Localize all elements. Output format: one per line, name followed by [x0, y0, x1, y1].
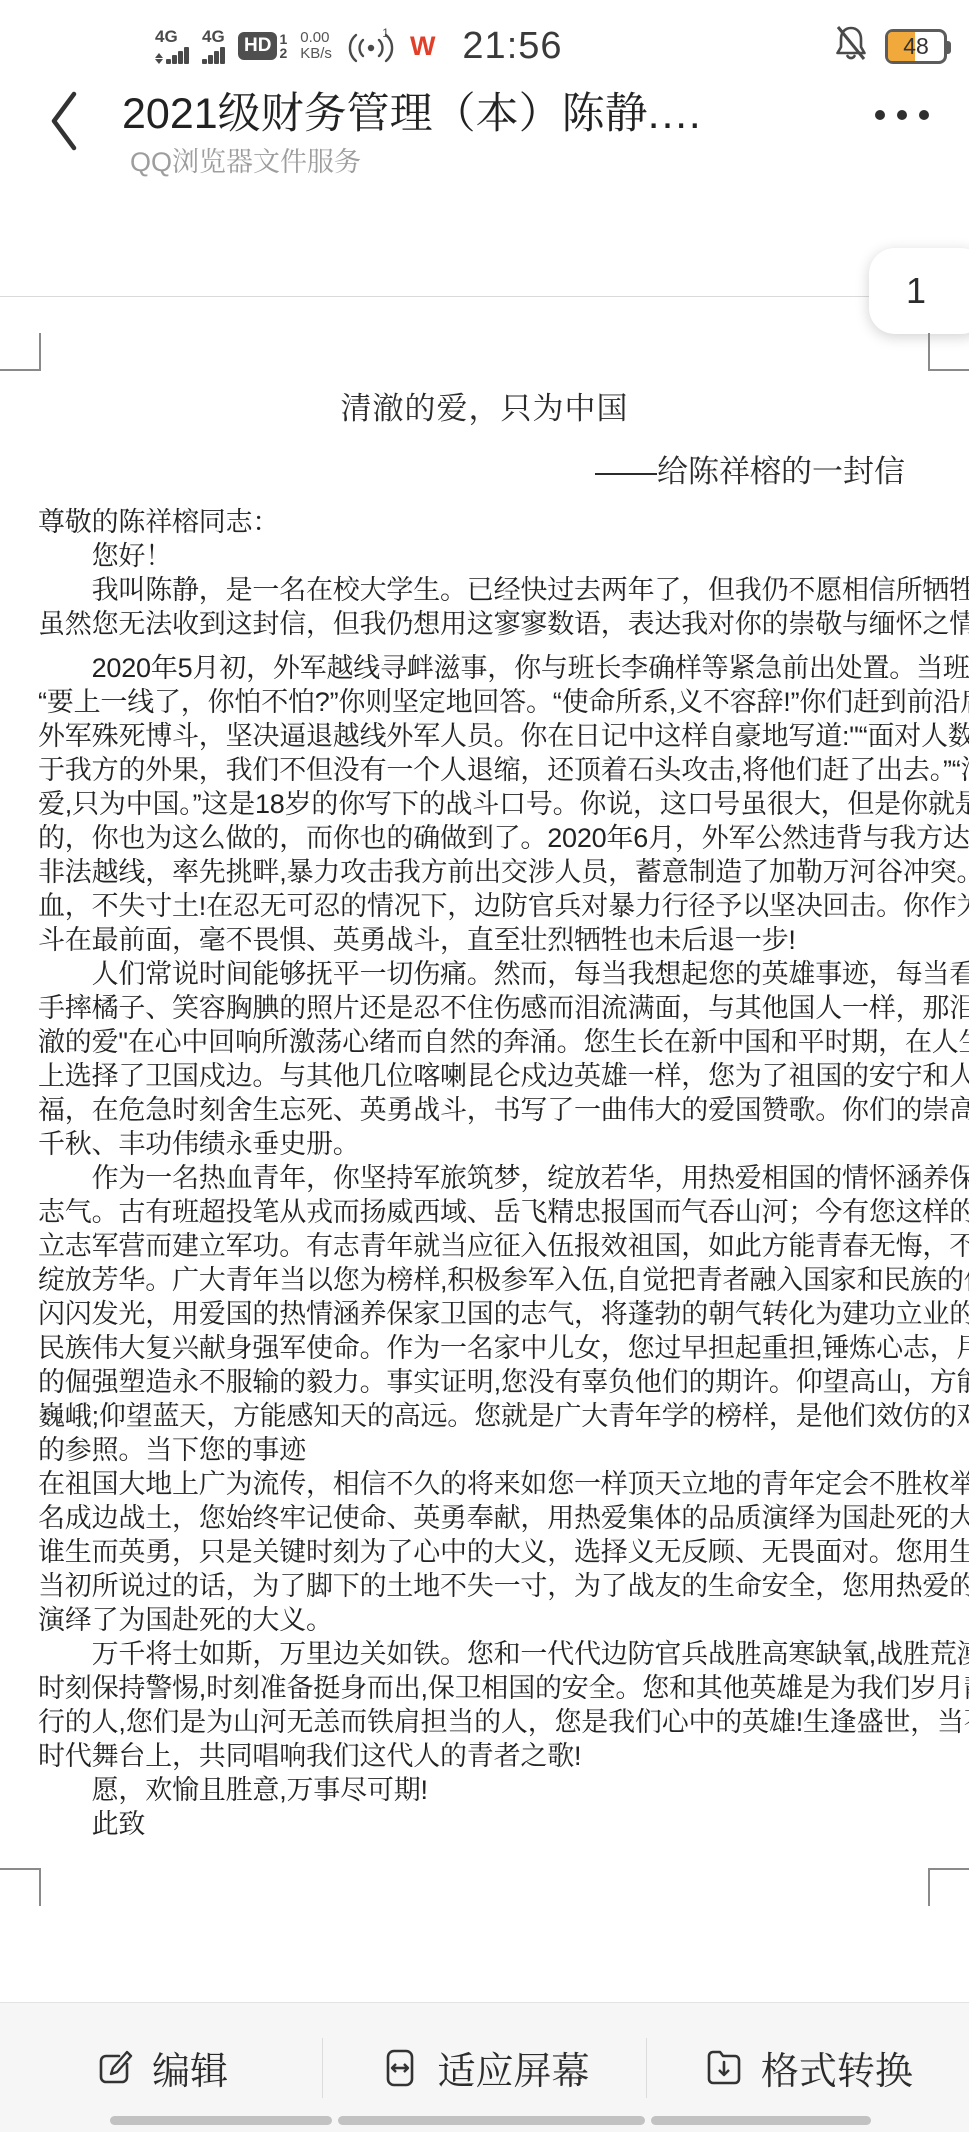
document-text-line: 的参照。当下您的事迹	[38, 1433, 938, 1467]
document-text-line: 绽放芳华。广大青年当以您为榜样,积极参军入伍,自觉把青者融入国家和民族的伟大事业…	[38, 1263, 938, 1297]
back-button[interactable]	[44, 86, 84, 156]
document-text-line: “要上一线了，你怕不怕?”你则坚定地回答。“使命所系,义不容辞!”你们赶到前沿后…	[38, 685, 938, 719]
document-text-line: 您好！	[38, 539, 938, 573]
document-text-line: 虽然您无法收到这封信，但我仍想用这寥寥数语，表达我对你的崇敬与缅怀之情。	[38, 607, 938, 641]
document-text-line: 上选择了卫国戍边。与其他几位喀喇昆仑戍边英雄一样，您为了祖国的安宁和人民的幸	[38, 1059, 938, 1093]
document-text-line: 2020年5月初，外军越线寻衅滋事，你与班长李确样等紧急前出处置。当班长问众:	[38, 651, 938, 685]
page-corner-mark-top-left	[0, 333, 41, 371]
document-text-line: 时刻保持警惕,时刻准备挺身而出,保卫相国的安全。您和其他英雄是为我们岁月静好负重…	[38, 1671, 938, 1705]
document-text-line: 作为一名热血青年，你坚持军旅筑梦，绽放若华，用热爱相国的情怀涵养保家卫国的	[38, 1161, 938, 1195]
battery-percent: 48	[888, 32, 944, 61]
bottom-toolbar: 编辑 适应屏幕 格式转换	[0, 2002, 969, 2132]
more-menu-button[interactable]	[875, 110, 929, 120]
bell-slash-icon	[833, 24, 869, 69]
document-text-line: 立志军营而建立军功。有志青年就当应征入伍报效祖国，如此方能青春无悔，不负韶华、	[38, 1229, 938, 1263]
document-text-line: 在祖国大地上广为流传，相信不久的将来如您一样顶天立地的青年定会不胜枚举。作为一	[38, 1467, 938, 1501]
page-number: 1	[906, 270, 926, 312]
hotspot-icon: 1	[345, 28, 397, 64]
phone-screen: 4G 4G HD 1 2 0.00 K	[0, 0, 969, 2132]
document-text-line: 巍峨;仰望蓝天，方能感知天的高远。您就是广大青年学的榜样，是他们效仿的对象和进步	[38, 1399, 938, 1433]
document-text-line: 福，在危急时刻舍生忘死、英勇战斗，书写了一曲伟大的爱国赞歌。你们的崇高精神光照	[38, 1093, 938, 1127]
document-text-line: 演绎了为国赴死的大义。	[38, 1603, 938, 1637]
volte-hd-icon: HD 1 2	[238, 32, 287, 60]
home-indicator-bars[interactable]	[0, 2116, 969, 2126]
document-text-line: 爱,只为中国。”这是18岁的你写下的战斗口号。你说，这口号虽很大，但是你就是这么…	[38, 787, 938, 821]
document-text-line: 此致	[38, 1807, 938, 1841]
document-text-line: 人们常说时间能够抚平一切伤痛。然而，每当我想起您的英雄事迹，每当看到您那张	[38, 957, 938, 991]
document-text-line: 于我方的外果，我们不但没有一个人退缩，还顶着石头攻击,将他们赶了出去。”“清澈的	[38, 753, 938, 787]
document-text-line: 时代舞台上，共同唱响我们这代人的青者之歌!	[38, 1739, 938, 1773]
page-corner-mark-bottom-right	[928, 1868, 969, 1906]
file-title: 2021级财务管理（本）陈静.…	[122, 80, 822, 141]
app-header: 2021级财务管理（本）陈静.… QQ浏览器文件服务	[0, 78, 969, 218]
document-text-line: 斗在最前面，毫不畏惧、英勇战斗，直至壮烈牺牲也未后退一步!	[38, 923, 938, 957]
battery-icon: 48	[885, 29, 947, 64]
header-divider	[0, 296, 969, 297]
page-number-badge[interactable]: 1	[869, 248, 969, 334]
document-text-line: 的，你也为这么做的，而你也的确做到了。2020年6月，外军公然违背与我方达成的共…	[38, 821, 938, 855]
document-text-line: 千秋、丰功伟绩永垂史册。	[38, 1127, 938, 1161]
document-text-line: 的倔强塑造永不服输的毅力。事实证明,您没有辜负他们的期许。仰望高山，方能领略山的	[38, 1365, 938, 1399]
clock-time: 21:56	[462, 25, 562, 68]
fit-screen-button[interactable]: 适应屏幕	[323, 2003, 645, 2132]
signal-sim2-icon: 4G	[202, 28, 225, 64]
document-subtitle: ——给陈祥榕的一封信	[595, 446, 905, 491]
status-left-cluster: 4G 4G HD 1 2 0.00 K	[155, 14, 563, 78]
document-text-line: 志气。古有班超投笔从戎而扬威西域、岳飞精忠报国而气吞山河；今有您这样的热血青年	[38, 1195, 938, 1229]
data-arrows-icon	[155, 53, 163, 64]
document-title: 清澈的爱，只为中国	[0, 383, 969, 428]
pencil-square-icon	[94, 2047, 136, 2089]
document-text-line: 名成边战土，您始终牢记使命、英勇奉献，用热爱集体的品质演绎为国赴死的大义。没有	[38, 1501, 938, 1535]
signal-sim1-icon: 4G	[155, 28, 189, 64]
network-type-sim1: 4G	[155, 28, 178, 45]
network-speed: 0.00 KB/s	[300, 30, 332, 63]
document-text-line: 行的人,您们是为山河无恙而铁肩担当的人，您是我们心中的英雄!生逢盛世，当不负盛世…	[38, 1705, 938, 1739]
folder-download-icon	[703, 2047, 745, 2089]
document-text-line: 愿，欢愉且胜意,万事尽可期!	[38, 1773, 938, 1807]
page-corner-mark-bottom-left	[0, 1868, 41, 1906]
edit-button[interactable]: 编辑	[0, 2003, 322, 2132]
document-text-line: 血，不失寸土!在忍无可忍的情况下，边防官兵对暴力行径予以坚决回击。你作为盾牌手战	[38, 889, 938, 923]
document-text-line: 非法越线，率先挑畔,暴力攻击我方前出交涉人员，蓄意制造了加勒万河谷冲突。宁洒热	[38, 855, 938, 889]
wps-w-logo-icon: W	[410, 31, 435, 62]
document-text-line: 手摔橘子、笑容胸腆的照片还是忍不住伤感而泪流满面，与其他国人一样，那泪水是“清	[38, 991, 938, 1025]
fit-screen-icon	[379, 2047, 421, 2089]
document-text-line: 澈的爱"在心中回响所激荡心绪而自然的奔涌。您生长在新中国和平时期，在人生的转折点	[38, 1025, 938, 1059]
status-right-cluster: 48	[833, 14, 947, 78]
document-text-line: 谁生而英勇，只是关键时刻为了心中的大义，选择义无反顾、无畏面对。您用生命践行了	[38, 1535, 938, 1569]
document-text-line: 外军殊死博斗，坚决逼退越线外军人员。你在日记中这样自豪地写道:"“面对人数远远多	[38, 719, 938, 753]
document-text-line: 当初所说过的话，为了脚下的土地不失一寸，为了战友的生命安全，您用热爱的宝贵品质	[38, 1569, 938, 1603]
network-type-sim2: 4G	[202, 28, 225, 45]
document-body: 尊敬的陈祥榕同志： 您好！ 我叫陈静，是一名在校大学生。已经快过去两年了，但我仍…	[38, 505, 938, 1841]
document-text-line: 我叫陈静，是一名在校大学生。已经快过去两年了，但我仍不愿相信所牺牲的消息。	[38, 573, 938, 607]
document-text-line: 尊敬的陈祥榕同志：	[38, 505, 938, 539]
document-text-line: 万千将士如斯，万里边关如铁。您和一代代边防官兵战胜高寒缺氧,战胜荒漠冰川;你们	[38, 1637, 938, 1671]
file-source-label: QQ浏览器文件服务	[130, 140, 361, 179]
page-corner-mark-top-right	[928, 333, 969, 371]
format-convert-button[interactable]: 格式转换	[647, 2003, 969, 2132]
document-text-line: 民族伟大复兴献身强军使命。作为一名家中儿女，您过早担起重担,锤炼心志，用热爱家庭	[38, 1331, 938, 1365]
document-text-line: 闪闪发光，用爱国的热情涵养保家卫国的志气，将蓬勃的朝气转化为建功立业的坚强，为	[38, 1297, 938, 1331]
status-bar: 4G 4G HD 1 2 0.00 K	[0, 14, 969, 78]
